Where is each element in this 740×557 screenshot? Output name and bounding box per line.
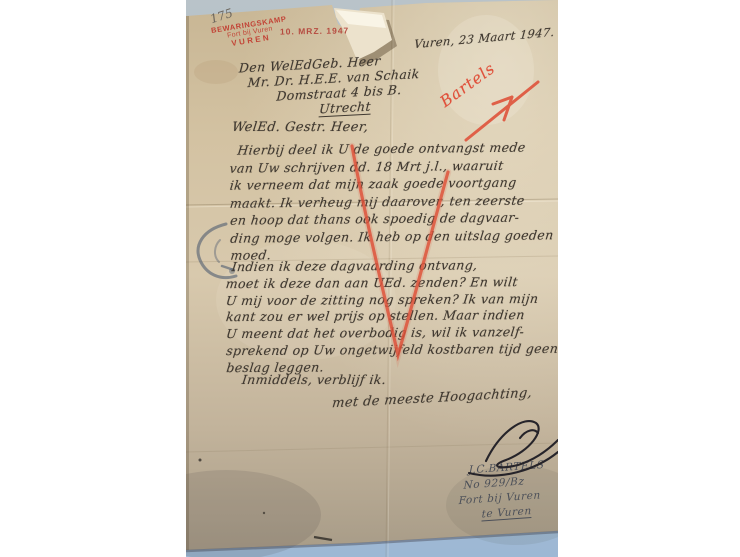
closing-line-1: Inmiddels, verblijf ik. — [241, 372, 387, 387]
paper-left-edge — [186, 16, 189, 550]
date-rubber-stamp: 10. MRZ. 1947 — [280, 25, 349, 36]
letter-photo: 175 BEWARINGSKAMP Fort bij Vuren VUREN 1… — [186, 0, 558, 557]
letter-photo-page: 175 BEWARINGSKAMP Fort bij Vuren VUREN 1… — [0, 0, 740, 557]
salutation: WelEd. Gestr. Heer, — [231, 120, 369, 135]
body-line: Indien ik deze dagvaarding ontvang, — [225, 257, 558, 276]
body-paragraph-1: Hierbij deel ik U de goede ontvangst med… — [229, 138, 554, 264]
body-line: sprekend op Uw ongetwijfeld kostbaren ti… — [225, 341, 558, 360]
address-block: Den WelEdGeb. Heer Mr. Dr. H.E.E. van Sc… — [229, 51, 422, 121]
speck — [263, 512, 265, 514]
speck — [199, 459, 202, 462]
body-line: moet ik deze dan aan UEd. zenden? En wil… — [225, 274, 558, 293]
sender-block: J.C.BARTELS No 929/Bz Fort bij Vuren te … — [456, 458, 548, 524]
body-paragraph-2: Indien ik deze dagvaarding ontvang, moet… — [226, 257, 558, 377]
